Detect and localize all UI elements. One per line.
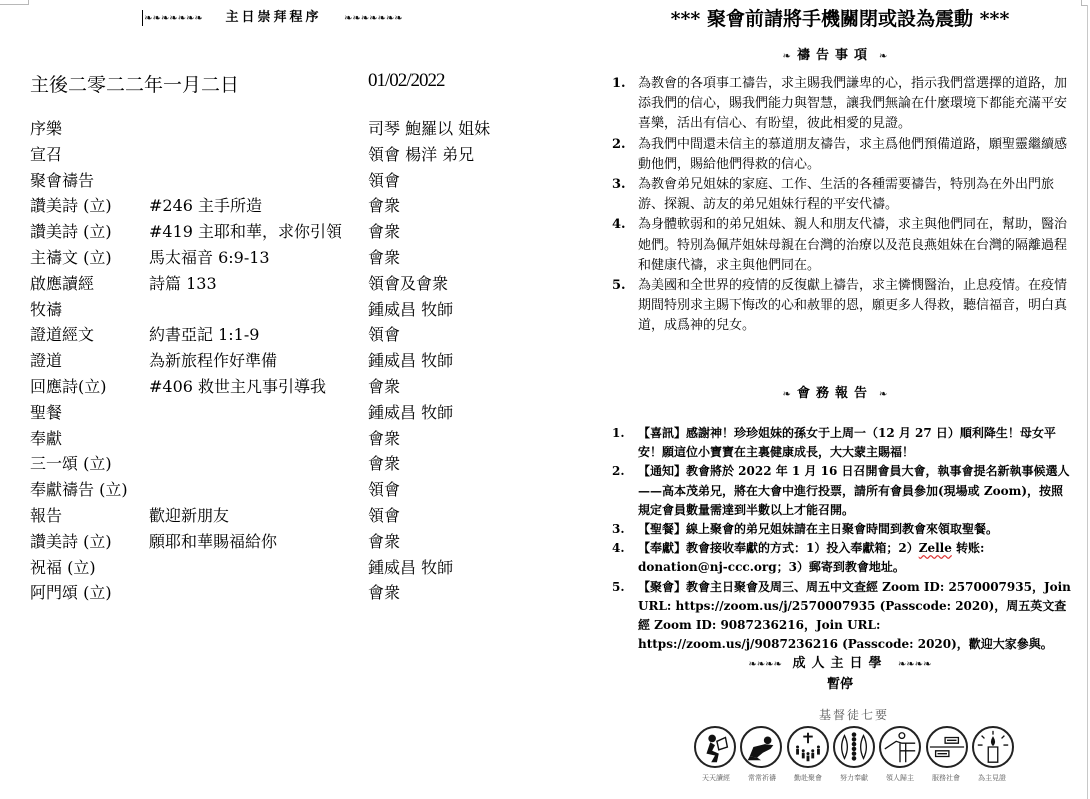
worship-order-page: ❧❧❧❧❧❧❧ 主日崇拜程序 ❧❧❧❧❧❧❧ 主後二零二二年一月二日 01/02…	[0, 0, 545, 799]
item-number: 4.	[612, 539, 625, 558]
program-item[interactable]: 讚美詩 (立)	[30, 193, 112, 219]
program-row: 祝福 (立)鍾威昌 牧師	[30, 555, 540, 581]
ornament-icon: ❧❧❧❧	[748, 659, 782, 670]
essential-label: 努力奉獻	[832, 773, 876, 783]
program-row: 奉獻禱告 (立)領會	[30, 477, 540, 503]
program-item[interactable]: 宣召	[30, 142, 62, 168]
program-row: 啟應讀經詩篇 133領會及會衆	[30, 271, 540, 297]
item-number: 1.	[612, 74, 626, 94]
report-text[interactable]: 【通知】教會將於 2022 年 1 月 16 日召開會員大會，執事會提名新執事候…	[638, 464, 1070, 516]
program-leader[interactable]: 領會	[368, 168, 400, 194]
item-number: 2.	[612, 462, 625, 481]
essential-label: 服務社會	[924, 773, 968, 783]
program-leader[interactable]: 會衆	[368, 219, 400, 245]
prayer-text[interactable]: 為我們中間還未信主的慕道朋友禱告，求主爲他們預備道路，願聖靈繼續感動他們，賜給他…	[638, 137, 1067, 172]
report-item: 4.【奉獻】教會接收奉獻的方式：1）投入奉獻箱；2）Zelle 转账: dona…	[612, 539, 1072, 577]
ornament-icon: ❧	[783, 389, 791, 400]
adult-school-title: ❧❧❧❧ 成人主日學 ❧❧❧❧	[600, 652, 1080, 671]
candle-witness-icon	[972, 726, 1014, 768]
seven-christian-essentials: 基督徒七要 天天讀經 常	[694, 706, 1014, 783]
program-item[interactable]: 奉獻	[30, 426, 62, 452]
prayer-text[interactable]: 為身體軟弱和的弟兄姐妹、親人和朋友代禱，求主與他們同在，幫助，醫治她們。特別為佩…	[638, 217, 1067, 272]
program-content[interactable]: 為新旅程作好準備	[149, 348, 277, 374]
ornament-icon: ❧	[879, 389, 887, 400]
program-row: 奉獻會衆	[30, 426, 540, 452]
prayer-item: 5.為美國和全世界的疫情的反復獻上禱告，求主憐憫醫治，止息疫情。在疫情期間特別求…	[612, 276, 1072, 337]
program-leader[interactable]: 會衆	[368, 374, 400, 400]
evangelism-icon	[879, 726, 921, 768]
essential-label: 天天讀經	[694, 773, 738, 783]
phone-notice[interactable]: *** 聚會前請將手機關閉或設為震動 ***	[600, 4, 1080, 31]
program-leader[interactable]: 鍾威昌 牧師	[368, 297, 453, 323]
report-item: 5.【聚會】教會主日聚會及周三、周五中文查經 Zoom ID: 25700079…	[612, 578, 1072, 655]
program-leader[interactable]: 領會及會衆	[368, 271, 448, 297]
program-list: 序樂司琴 鮑羅以 姐妹 宣召領會 楊洋 弟兄 聚會禱告領會 讚美詩 (立)#24…	[30, 116, 540, 606]
report-item: 2.【通知】教會將於 2022 年 1 月 16 日召開會員大會，執事會提名新執…	[612, 462, 1072, 520]
report-item: 1.【喜訊】感謝神！珍珍姐妹的孫女于上周一（12 月 27 日）順利降生！母女平…	[612, 424, 1072, 462]
program-item[interactable]: 回應詩(立)	[30, 374, 107, 400]
program-item[interactable]: 序樂	[30, 116, 62, 142]
adult-sunday-school: ❧❧❧❧ 成人主日學 ❧❧❧❧ 暫停	[600, 652, 1080, 692]
prayer-text[interactable]: 為教會弟兄姐妹的家庭、工作、生活的各種需要禱告，特別為在外出門旅游、探親、訪友的…	[638, 177, 1054, 212]
program-item[interactable]: 牧禱	[30, 297, 62, 323]
program-leader[interactable]: 鍾威昌 牧師	[368, 400, 453, 426]
program-leader[interactable]: 會衆	[368, 451, 400, 477]
program-item[interactable]: 報告	[30, 503, 62, 529]
program-row: 牧禱鍾威昌 牧師	[30, 297, 540, 323]
program-content[interactable]: #419 主耶和華，求你引領	[149, 219, 342, 245]
program-item[interactable]: 證道	[30, 348, 62, 374]
worship-order-title: ❧❧❧❧❧❧❧ 主日崇拜程序 ❧❧❧❧❧❧❧	[0, 6, 545, 26]
prayer-text[interactable]: 為教會的各項事工禱告，求主賜我們謙卑的心，指示我們當選擇的道路，加添我們的信心，…	[638, 76, 1067, 131]
reading-bible-icon	[694, 726, 736, 768]
prayer-item: 3.為教會弟兄姐妹的家庭、工作、生活的各種需要禱告，特別為在外出門旅游、探親、訪…	[612, 175, 1072, 215]
announcements-page: *** 聚會前請將手機關閉或設為震動 *** ❧禱告事項❧ 1.為教會的各項事工…	[600, 0, 1080, 799]
program-item[interactable]: 三一頌 (立)	[30, 451, 112, 477]
program-item[interactable]: 主禱文 (立)	[30, 245, 112, 271]
program-leader[interactable]: 鍾威昌 牧師	[368, 348, 453, 374]
report-text[interactable]: 【聚會】教會主日聚會及周三、周五中文查經 Zoom ID: 2570007935…	[638, 580, 1071, 652]
report-text-part: 【奉獻】教會接收奉獻的方式：1）投入奉獻箱；2）	[638, 541, 919, 555]
item-number: 3.	[612, 520, 625, 539]
program-leader[interactable]: 領會 楊洋 弟兄	[368, 142, 474, 168]
program-row: 主禱文 (立)馬太福音 6:9-13會衆	[30, 245, 540, 271]
program-leader[interactable]: 鍾威昌 牧師	[368, 555, 453, 581]
prayer-list: 1.為教會的各項事工禱告，求主賜我們謙卑的心，指示我們當選擇的道路，加添我們的信…	[612, 74, 1072, 337]
ornament-icon: ❧❧❧❧	[898, 659, 932, 670]
essential-label: 領人歸主	[878, 773, 922, 783]
item-number: 1.	[612, 424, 625, 443]
program-row: 宣召領會 楊洋 弟兄	[30, 142, 540, 168]
spellcheck-flagged-word[interactable]: Zelle	[919, 541, 952, 555]
program-row: 序樂司琴 鮑羅以 姐妹	[30, 116, 540, 142]
program-content[interactable]: 歡迎新朋友	[149, 503, 229, 529]
prayer-item: 1.為教會的各項事工禱告，求主賜我們謙卑的心，指示我們當選擇的道路，加添我們的信…	[612, 74, 1072, 135]
essential-label: 勤赴聚會	[786, 773, 830, 783]
item-number: 4.	[612, 215, 626, 235]
program-item[interactable]: 聚會禱告	[30, 168, 94, 194]
essentials-icons	[694, 726, 1014, 768]
program-item[interactable]: 祝福 (立)	[30, 555, 96, 581]
page-margin-line	[1087, 5, 1088, 799]
essentials-labels: 天天讀經 常常祈禱 勤赴聚會 努力奉獻 領人歸主 服務社會 為主見證	[694, 773, 1014, 783]
program-row: 證道經文約書亞記 1:1-9領會	[30, 322, 540, 348]
program-leader[interactable]: 會衆	[368, 193, 400, 219]
program-item[interactable]: 啟應讀經	[30, 271, 94, 297]
title-text[interactable]: 主日崇拜程序	[225, 10, 321, 25]
service-date: 主後二零二二年一月二日 01/02/2022	[30, 70, 530, 96]
program-item[interactable]: 讚美詩 (立)	[30, 529, 112, 555]
program-item[interactable]: 奉獻禱告 (立)	[30, 477, 128, 503]
program-row: 證道為新旅程作好準備鍾威昌 牧師	[30, 348, 540, 374]
prayer-title-text[interactable]: 禱告事項	[797, 48, 873, 63]
church-gathering-icon	[787, 726, 829, 768]
program-leader[interactable]: 司琴 鮑羅以 姐妹	[368, 116, 490, 142]
program-content[interactable]: 約書亞記 1:1-9	[149, 322, 259, 348]
report-list: 1.【喜訊】感謝神！珍珍姐妹的孫女于上周一（12 月 27 日）順利降生！母女平…	[612, 424, 1072, 654]
report-text[interactable]: 【喜訊】感謝神！珍珍姐妹的孫女于上周一（12 月 27 日）順利降生！母女平安！…	[638, 426, 1056, 459]
program-leader[interactable]: 領會	[368, 322, 400, 348]
essential-label: 常常祈禱	[740, 773, 784, 783]
program-content[interactable]: #246 主手所造	[149, 193, 262, 219]
seven-essentials-title: 基督徒七要	[694, 706, 1014, 723]
program-row: 聖餐鍾威昌 牧師	[30, 400, 540, 426]
date-chinese[interactable]: 主後二零二二年一月二日	[30, 70, 239, 97]
program-content[interactable]: 馬太福音 6:9-13	[149, 245, 270, 271]
item-number: 2.	[612, 135, 626, 155]
program-item[interactable]: 阿門頌 (立)	[30, 580, 112, 606]
program-row: 三一頌 (立)會衆	[30, 451, 540, 477]
ornament-icon: ❧	[879, 51, 887, 62]
program-leader[interactable]: 領會	[368, 477, 400, 503]
program-row: 讚美詩 (立)#419 主耶和華，求你引領會衆	[30, 219, 540, 245]
ornament-icon: ❧❧❧❧❧❧❧	[144, 13, 203, 24]
program-content[interactable]: 願耶和華賜福給你	[149, 529, 277, 555]
program-leader[interactable]: 會衆	[368, 426, 400, 452]
item-number: 3.	[612, 175, 626, 195]
prayer-item: 4.為身體軟弱和的弟兄姐妹、親人和朋友代禱，求主與他們同在，幫助，醫治她們。特別…	[612, 215, 1072, 276]
program-row: 聚會禱告領會	[30, 168, 540, 194]
program-leader[interactable]: 會衆	[368, 580, 400, 606]
adult-school-title-text[interactable]: 成人主日學	[792, 656, 887, 671]
date-numeric[interactable]: 01/02/2022	[368, 70, 445, 92]
program-leader[interactable]: 領會	[368, 503, 400, 529]
report-text[interactable]: 【奉獻】教會接收奉獻的方式：1）投入奉獻箱；2）Zelle 转账: donati…	[638, 541, 984, 574]
program-row: 讚美詩 (立)願耶和華賜福給你會衆	[30, 529, 540, 555]
program-item[interactable]: 證道經文	[30, 322, 94, 348]
program-row: 阿門頌 (立)會衆	[30, 580, 540, 606]
ornament-icon: ❧❧❧❧❧❧❧	[344, 13, 403, 24]
program-row: 回應詩(立)#406 救世主凡事引導我會衆	[30, 374, 540, 400]
report-item: 3.【聖餐】線上聚會的弟兄姐妹請在主日聚會時間到教會來領取聖餐。	[612, 520, 1072, 539]
service-hands-icon	[926, 726, 968, 768]
offering-icon	[833, 726, 875, 768]
program-item[interactable]: 聖餐	[30, 400, 62, 426]
kneeling-prayer-icon	[740, 726, 782, 768]
item-number: 5.	[612, 276, 626, 296]
report-section-title: ❧會務報告❧	[600, 382, 1070, 401]
program-leader[interactable]: 會衆	[368, 245, 400, 271]
essential-label: 為主見證	[970, 773, 1014, 783]
item-number: 5.	[612, 578, 625, 597]
program-leader[interactable]: 會衆	[368, 529, 400, 555]
program-row: 讚美詩 (立)#246 主手所造會衆	[30, 193, 540, 219]
program-item[interactable]: 讚美詩 (立)	[30, 219, 112, 245]
ornament-icon: ❧	[783, 51, 791, 62]
adult-school-status[interactable]: 暫停	[600, 673, 1080, 692]
report-title-text[interactable]: 會務報告	[797, 386, 873, 401]
prayer-section-title: ❧禱告事項❧	[600, 44, 1070, 63]
program-row: 報告歡迎新朋友領會	[30, 503, 540, 529]
prayer-text[interactable]: 為美國和全世界的疫情的反復獻上禱告，求主憐憫醫治，止息疫情。在疫情期間特別求主賜…	[638, 278, 1067, 333]
prayer-item: 2.為我們中間還未信主的慕道朋友禱告，求主爲他們預備道路，願聖靈繼續感動他們，賜…	[612, 135, 1072, 175]
program-content[interactable]: #406 救世主凡事引導我	[149, 374, 326, 400]
program-content[interactable]: 詩篇 133	[149, 271, 217, 297]
report-text[interactable]: 【聖餐】線上聚會的弟兄姐妹請在主日聚會時間到教會來領取聖餐。	[638, 522, 998, 536]
